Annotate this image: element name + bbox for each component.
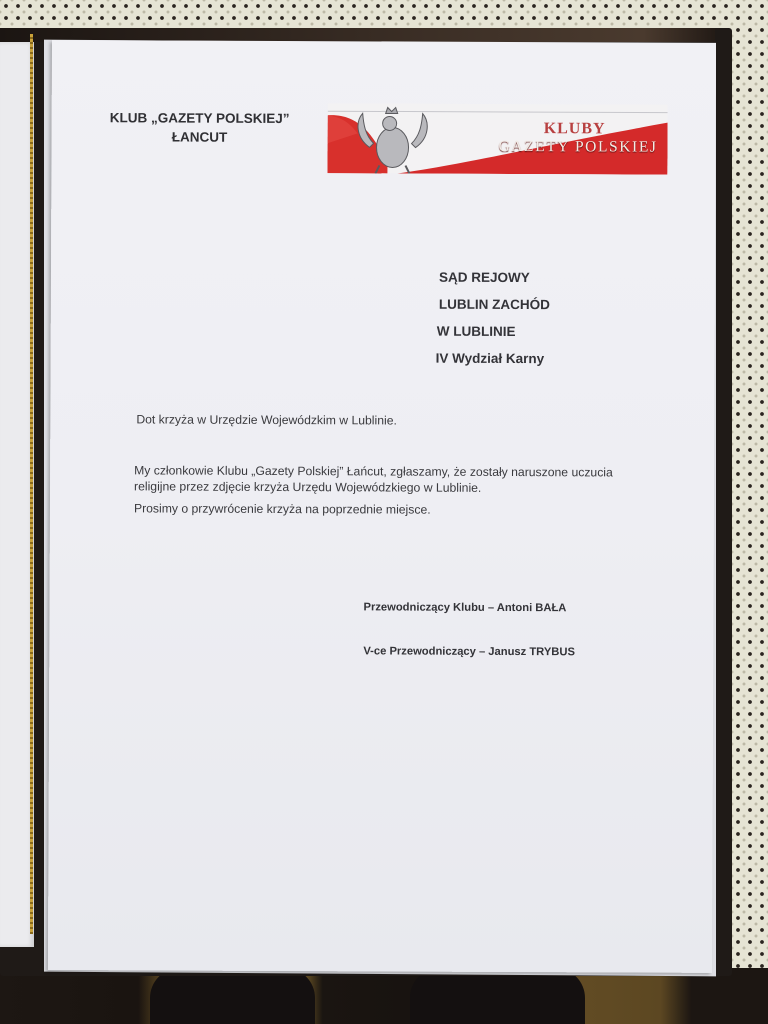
club-letterhead: KLUB „GAZETY POLSKIEJ” ŁANCUT bbox=[100, 108, 300, 147]
gold-bookmark-ribbon bbox=[30, 34, 33, 934]
letter-body: My członkowie Klubu „Gazety Polskiej” Ła… bbox=[134, 462, 654, 518]
club-city: ŁANCUT bbox=[100, 127, 300, 147]
signature-vice-chairman: V-ce Przewodniczący – Janusz TRYBUS bbox=[363, 643, 575, 688]
signature-block: Przewodniczący Klubu – Antoni BAŁA V-ce … bbox=[363, 599, 575, 688]
banner-title-kluby: KLUBY bbox=[544, 120, 606, 138]
recipient-address: SĄD REJOWY LUBLIN ZACHÓD W LUBLINIE IV W… bbox=[439, 264, 550, 372]
banner-title-gazety-polskiej: GAZETY POLSKIEJ bbox=[498, 138, 657, 157]
body-paragraph: My członkowie Klubu „Gazety Polskiej” Ła… bbox=[134, 462, 654, 496]
body-paragraph: Prosimy o przywrócenie krzyża na poprzed… bbox=[134, 500, 654, 518]
floor-background bbox=[0, 968, 768, 1024]
recipient-line: LUBLIN ZACHÓD bbox=[439, 291, 550, 318]
letter-page: KLUB „GAZETY POLSKIEJ” ŁANCUT KLUBY GAZE… bbox=[48, 40, 716, 973]
signature-chairman: Przewodniczący Klubu – Antoni BAŁA bbox=[363, 599, 575, 644]
recipient-line: IV Wydział Karny bbox=[436, 345, 550, 372]
binder-left-page bbox=[0, 42, 34, 947]
shadow-object bbox=[410, 968, 585, 1024]
letter-subject: Dot krzyża w Urzędzie Wojewódzkim w Lubl… bbox=[136, 412, 397, 427]
recipient-line: W LUBLINIE bbox=[437, 318, 550, 345]
shadow-object bbox=[150, 968, 315, 1024]
recipient-line: SĄD REJOWY bbox=[439, 264, 550, 291]
kluby-gazety-polskiej-banner: KLUBY GAZETY POLSKIEJ bbox=[327, 103, 667, 174]
club-name: KLUB „GAZETY POLSKIEJ” bbox=[100, 108, 300, 128]
